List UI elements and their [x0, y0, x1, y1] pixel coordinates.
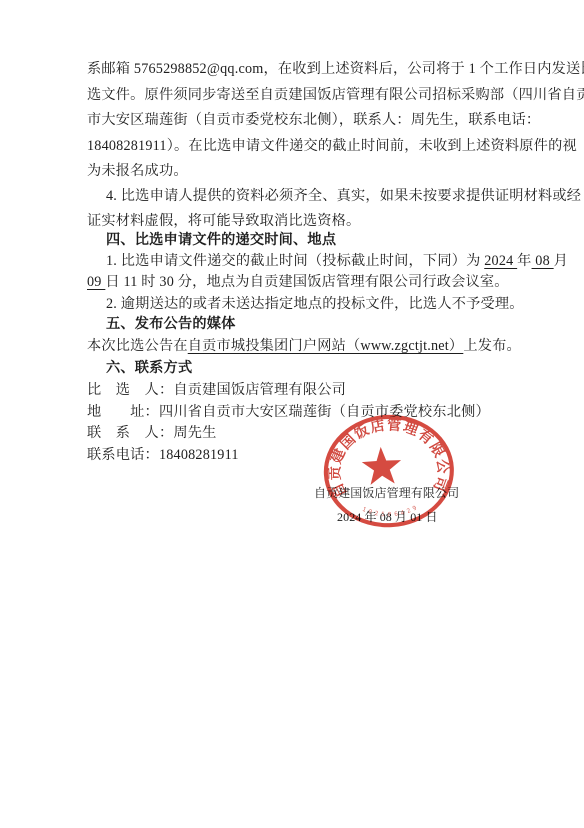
doc-text-line: 选文件。原件须同步寄送至自贡建国饭店管理有限公司招标采购部（四川省自贡 [87, 86, 584, 105]
document-page: 系邮箱 5765298852@qq.com，在收到上述资料后，公司将于 1 个工… [0, 0, 584, 828]
seal-company-arc-text: 自贡建国饭店管理有限公司 [323, 412, 453, 501]
doc-text-line: 本次比选公告在自贡市城投集团门户网站（www.zgctjt.net）上发布。 [87, 337, 521, 356]
text-segment: 五、发布公告的媒体 [106, 316, 236, 332]
text-segment: 为未报名成功。 [87, 163, 188, 179]
underlined-text: 08 [532, 253, 554, 269]
doc-text-line: 09 日 11 时 30 分，地点为自贡建国饭店管理有限公司行政会议室。 [87, 273, 509, 292]
doc-text-line: 比 选 人：自贡建国饭店管理有限公司 [87, 381, 346, 400]
text-segment: 四、比选申请文件的递交时间、地点 [106, 232, 336, 248]
text-segment: 年 [517, 253, 531, 269]
text-segment: 本次比选公告在 [87, 338, 188, 354]
doc-text-line: 市大安区瑞莲街（自贡市委党校东北侧），联系人：周先生，联系电话： [87, 111, 540, 130]
doc-text-line: 证实材料虚假，将可能导致取消比选资格。 [87, 212, 360, 231]
svg-text:自贡建国饭店管理有限公司: 自贡建国饭店管理有限公司 [323, 412, 453, 501]
text-segment: 4. 比选申请人提供的资料必须齐全、真实，如果未按要求提供证明材料或经 [106, 188, 581, 204]
doc-text-line: 2. 逾期送达的或者未送达指定地点的投标文件，比选人不予受理。 [87, 295, 524, 314]
text-segment: 2. 逾期送达的或者未送达指定地点的投标文件，比选人不予受理。 [106, 296, 524, 312]
text-segment: 月 [554, 253, 568, 269]
star-icon [361, 446, 402, 485]
text-segment: 联系电话：18408281911 [87, 447, 239, 463]
text-segment: 六、联系方式 [106, 360, 192, 376]
svg-text:102506429: 102506429 [361, 504, 421, 520]
seal-code: 102506429 [361, 504, 421, 520]
doc-heading-line: 六、联系方式 [87, 359, 192, 378]
text-segment: 选文件。原件须同步寄送至自贡建国饭店管理有限公司招标采购部（四川省自贡 [87, 87, 584, 103]
doc-text-line: 联系电话：18408281911 [87, 446, 239, 465]
text-segment: 1. 比选申请文件递交的截止时间（投标截止时间，下同）为 [106, 253, 484, 269]
company-seal-stamp: 自贡建国饭店管理有限公司 102506429 [312, 408, 466, 540]
text-segment: 上发布。 [463, 338, 521, 354]
text-segment: 日 11 时 30 分，地点为自贡建国饭店管理有限公司行政会议室。 [105, 274, 508, 290]
doc-heading-line: 五、发布公告的媒体 [87, 315, 236, 334]
doc-text-line: 系邮箱 5765298852@qq.com，在收到上述资料后，公司将于 1 个工… [87, 60, 584, 79]
text-segment: 联 系 人：周先生 [87, 425, 217, 441]
underlined-text: 2024 [484, 253, 517, 269]
doc-text-line: 18408281911）。在比选申请文件递交的截止时间前，未收到上述资料原件的视 [87, 137, 577, 156]
doc-text-line: 4. 比选申请人提供的资料必须齐全、真实，如果未按要求提供证明材料或经 [87, 187, 581, 206]
doc-text-line: 联 系 人：周先生 [87, 424, 217, 443]
text-segment: 系邮箱 5765298852@qq.com，在收到上述资料后，公司将于 1 个工… [87, 61, 584, 77]
underlined-text: 自贡市城投集团门户网站（www.zgctjt.net） [188, 338, 464, 354]
text-segment: 证实材料虚假，将可能导致取消比选资格。 [87, 213, 360, 229]
doc-heading-line: 四、比选申请文件的递交时间、地点 [87, 231, 336, 250]
doc-text-line: 1. 比选申请文件递交的截止时间（投标截止时间，下同）为 2024 年 08 月 [87, 252, 568, 271]
text-segment: 18408281911）。在比选申请文件递交的截止时间前，未收到上述资料原件的视 [87, 138, 577, 154]
underlined-text: 09 [87, 274, 105, 290]
text-segment: 比 选 人：自贡建国饭店管理有限公司 [87, 382, 346, 398]
text-segment: 市大安区瑞莲街（自贡市委党校东北侧），联系人：周先生，联系电话： [87, 112, 540, 128]
doc-text-line: 为未报名成功。 [87, 162, 188, 181]
